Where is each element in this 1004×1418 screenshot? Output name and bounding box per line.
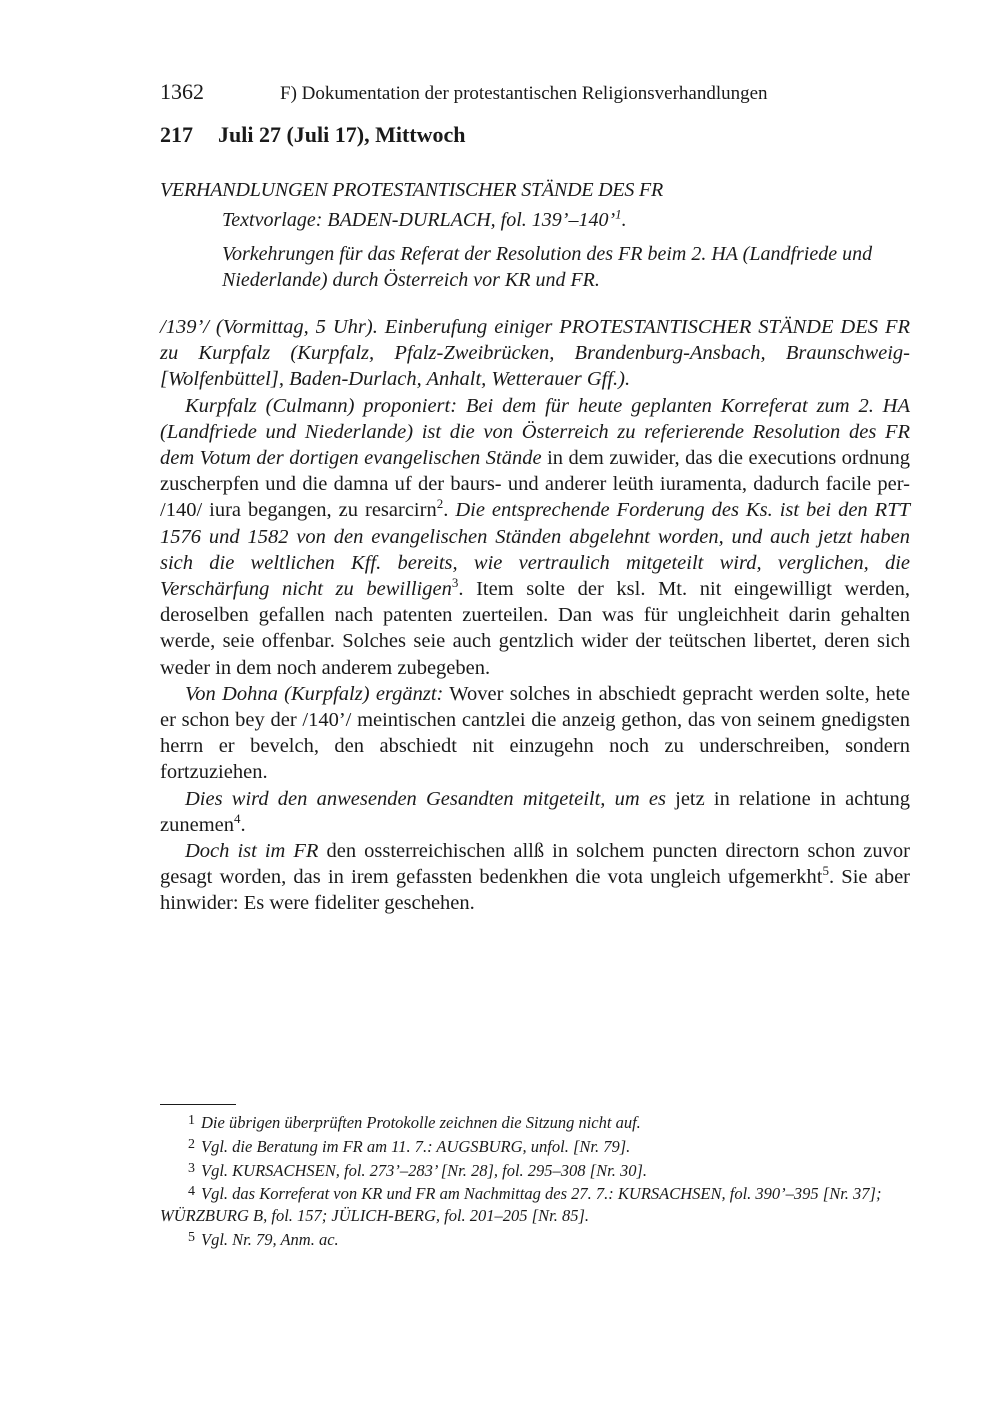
- footnote-5: 5Vgl. Nr. 79, Anm. ac.: [160, 1227, 910, 1251]
- footnote-mark: 4: [188, 1184, 195, 1199]
- footnote-text: Vgl. die Beratung im FR am 11. 7.: AUGSB…: [201, 1137, 630, 1156]
- source-note: Textvorlage: BADEN-DURLACH, fol. 139’–14…: [222, 207, 910, 233]
- source-end: .: [622, 209, 627, 231]
- running-head-title: F) Dokumentation der protestantischen Re…: [280, 83, 768, 104]
- p1-text: /139’/ (Vormittag, 5 Uhr). Einberufung e…: [160, 316, 910, 390]
- footnote-3: 3Vgl. KURSACHSEN, fol. 273’–283’ [Nr. 28…: [160, 1158, 910, 1182]
- footnote-mark: 3: [188, 1161, 195, 1176]
- footnote-mark: 1: [188, 1113, 195, 1128]
- p5-italic: Doch ist im FR: [185, 840, 318, 862]
- summary-note: Vorkehrungen für das Referat der Resolut…: [222, 241, 910, 293]
- paragraph-3: Von Dohna (Kurpfalz) ergänzt: Wover solc…: [160, 681, 910, 786]
- footnote-mark: 2: [188, 1137, 195, 1152]
- p3-italic: Von Dohna (Kurpfalz) ergänzt:: [185, 683, 443, 705]
- document-date: Juli 27 (Juli 17), Mittwoch: [218, 122, 466, 147]
- p2-roman-b: .: [443, 499, 455, 521]
- footnote-mark: 5: [188, 1230, 195, 1245]
- running-head: 1362F) Dokumentation der protestantische…: [160, 78, 910, 108]
- footnote-1: 1Die übrigen überprüften Protokolle zeic…: [160, 1110, 910, 1134]
- footnote-2: 2Vgl. die Beratung im FR am 11. 7.: AUGS…: [160, 1134, 910, 1158]
- source-text: Textvorlage: BADEN-DURLACH, fol. 139’–14…: [222, 209, 615, 231]
- document-intro: VERHANDLUNGEN PROTESTANTISCHER STÄNDE DE…: [160, 177, 910, 301]
- paragraph-4: Dies wird den anwesenden Gesandten mitge…: [160, 786, 910, 838]
- p4-end: .: [241, 814, 246, 836]
- footnote-text: Vgl. KURSACHSEN, fol. 273’–283’ [Nr. 28]…: [201, 1161, 647, 1180]
- paragraph-2: Kurpfalz (Culmann) proponiert: Bei dem f…: [160, 393, 910, 681]
- footnote-divider: [160, 1104, 236, 1105]
- paragraph-5: Doch ist im FR den ossterreichischen all…: [160, 838, 910, 917]
- page-number: 1362: [160, 78, 280, 106]
- footnotes: 1Die übrigen überprüften Protokolle zeic…: [160, 1110, 910, 1251]
- intro-heading: VERHANDLUNGEN PROTESTANTISCHER STÄNDE DE…: [160, 177, 910, 203]
- p4-italic: Dies wird den anwesenden Gesandten mitge…: [185, 788, 666, 810]
- document-heading: 217Juli 27 (Juli 17), Mittwoch: [160, 120, 466, 150]
- footnote-text: Vgl. das Korreferat von KR und FR am Nac…: [160, 1184, 881, 1225]
- footnote-text: Vgl. Nr. 79, Anm. ac.: [201, 1230, 339, 1249]
- footnote-4: 4Vgl. das Korreferat von KR und FR am Na…: [160, 1181, 910, 1227]
- footnote-text: Die übrigen überprüften Protokolle zeich…: [201, 1113, 641, 1132]
- paragraph-1: /139’/ (Vormittag, 5 Uhr). Einberufung e…: [160, 314, 910, 393]
- body-text: /139’/ (Vormittag, 5 Uhr). Einberufung e…: [160, 314, 910, 917]
- document-number: 217: [160, 120, 218, 150]
